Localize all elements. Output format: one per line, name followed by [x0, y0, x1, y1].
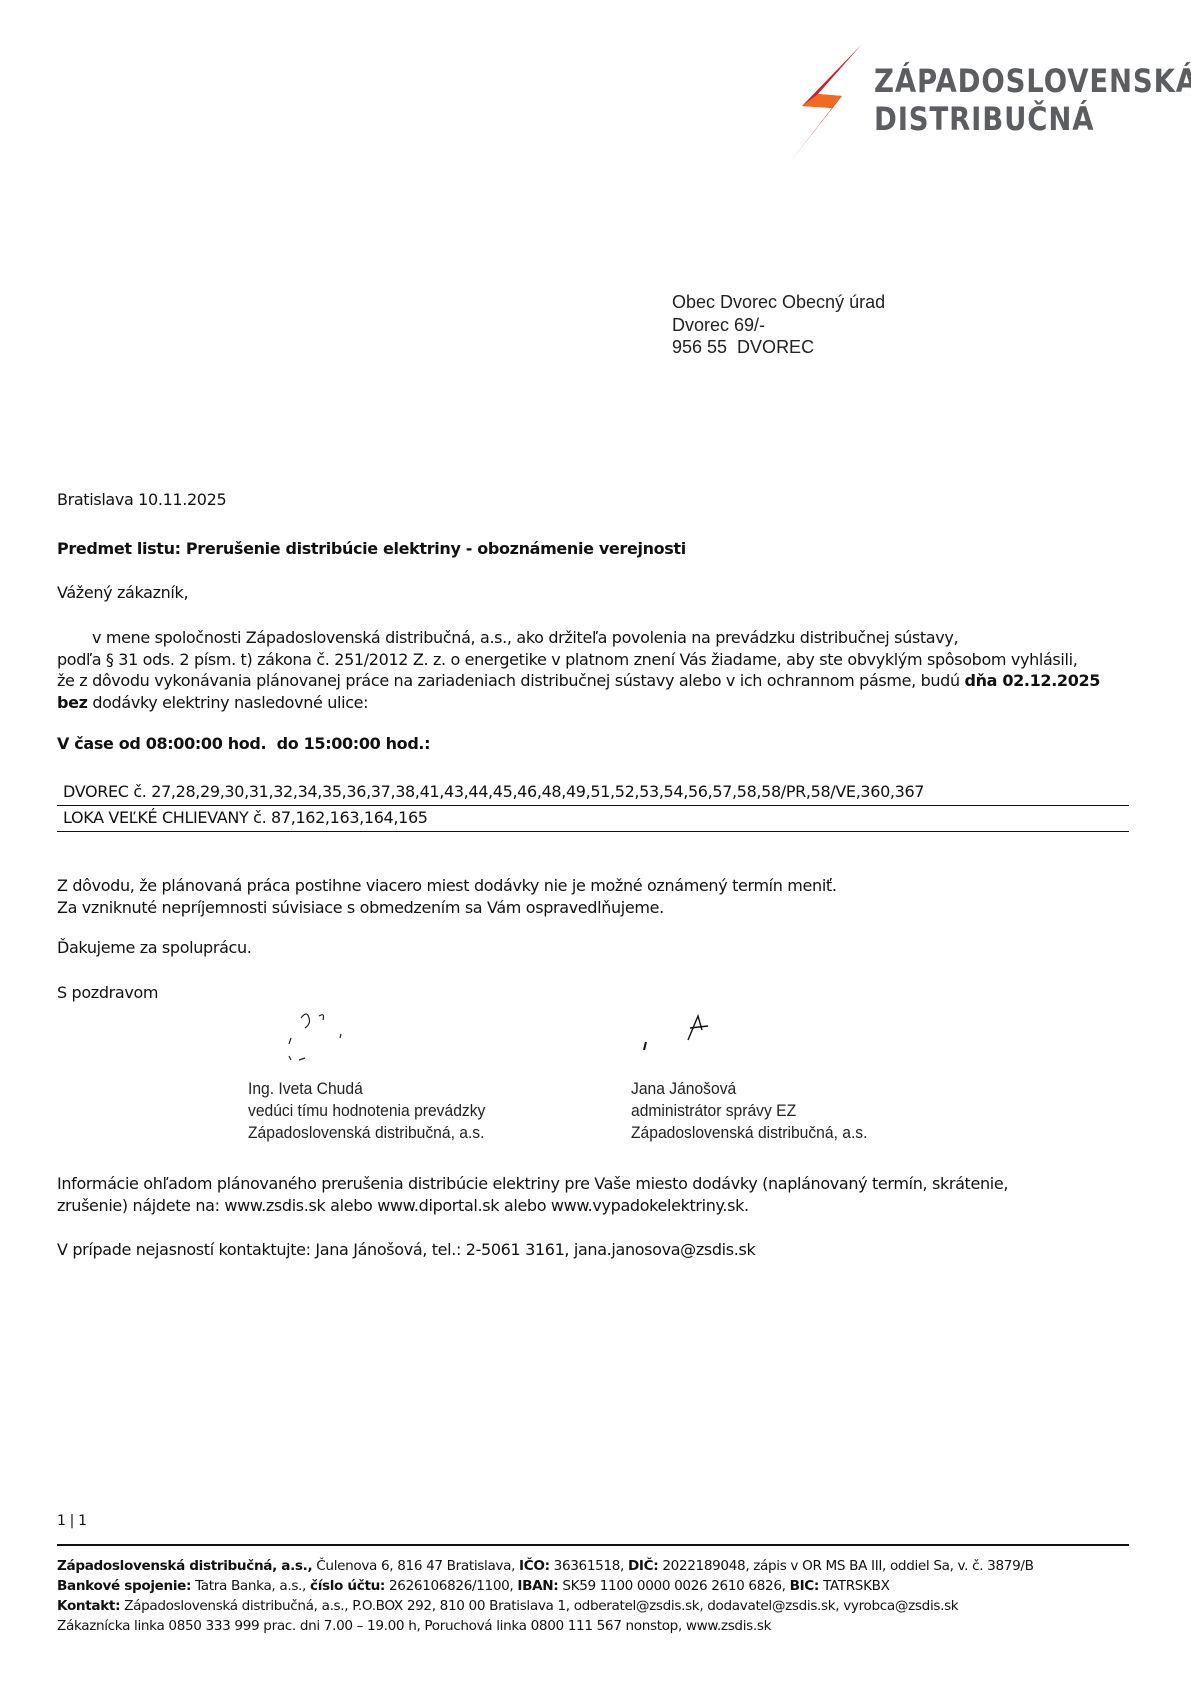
- logo-wordmark: ZÁPADOSLOVENSKÁ DISTRIBUČNÁ: [874, 62, 1191, 138]
- lightning-bolt-icon: [790, 44, 870, 162]
- footer-label: Bankové spojenie:: [57, 1578, 191, 1594]
- footer-line-1: Západoslovenská distribučná, a.s., Čulen…: [57, 1556, 1034, 1576]
- signatory-role: administrátor správy EZ: [631, 1100, 867, 1122]
- subject-line: Predmet listu: Prerušenie distribúcie el…: [57, 539, 686, 558]
- link-diportal[interactable]: www.diportal.sk: [377, 1196, 499, 1215]
- signatory-company: Západoslovenská distribučná, a.s.: [248, 1122, 485, 1144]
- contact-email-link[interactable]: jana.janosova@zsdis.sk: [574, 1240, 756, 1259]
- thanks-line: Ďakujeme za spoluprácu.: [57, 938, 252, 957]
- footer-line-4: Zákaznícka linka 0850 333 999 prac. dni …: [57, 1616, 1034, 1636]
- regards-line: S pozdravom: [57, 983, 158, 1002]
- affected-streets-table: DVOREC č. 27,28,29,30,31,32,34,35,36,37,…: [57, 780, 1129, 832]
- date-line: Bratislava 10.11.2025: [57, 490, 226, 509]
- body-line-2: podľa § 31 ods. 2 písm. t) zákona č. 251…: [57, 649, 1137, 671]
- info-line-2: zrušenie) nájdete na: www.zsdis.sk alebo…: [57, 1195, 1137, 1217]
- closing-line-2: Za vzniknuté nepríjemnosti súvisiace s o…: [57, 897, 837, 919]
- greeting: Vážený zákazník,: [57, 583, 188, 602]
- info-line-1: Informácie ohľadom plánovaného prerušeni…: [57, 1173, 1137, 1195]
- logo-line-1: ZÁPADOSLOVENSKÁ: [874, 62, 1191, 100]
- street-row: LOKA VEĽKÉ CHLIEVANY č. 87,162,163,164,1…: [57, 806, 1129, 832]
- closing-paragraph: Z dôvodu, že plánovaná práca postihne vi…: [57, 875, 837, 919]
- body-line-4-text: dodávky elektriny nasledovné ulice:: [88, 693, 369, 712]
- footer-text: SK59 1100 0000 0026 2610 6826,: [558, 1578, 789, 1594]
- closing-line-1: Z dôvodu, že plánovaná práca postihne vi…: [57, 875, 837, 897]
- contact-line: V prípade nejasností kontaktujte: Jana J…: [57, 1240, 755, 1259]
- body-line-3-text: že z dôvodu vykonávania plánovanej práce…: [57, 671, 965, 690]
- signatory-name: Ing. Iveta Chudá: [248, 1078, 485, 1100]
- recipient-address: Obec Dvorec Obecný úrad Dvorec 69/- 956 …: [672, 291, 885, 359]
- link-zsdis[interactable]: www.zsdis.sk: [224, 1196, 325, 1215]
- body-line-4-bold: bez: [57, 693, 88, 712]
- footer-label: BIC:: [790, 1578, 819, 1594]
- separator-text: alebo: [325, 1196, 377, 1215]
- footer-label: číslo účtu:: [310, 1578, 385, 1594]
- outage-date: dňa 02.12.2025: [965, 671, 1101, 690]
- signatory-role: vedúci tímu hodnotenia prevádzky: [248, 1100, 485, 1122]
- contact-text: V prípade nejasností kontaktujte: Jana J…: [57, 1240, 574, 1259]
- info-paragraph: Informácie ohľadom plánovaného prerušeni…: [57, 1173, 1137, 1217]
- footer-label: IBAN:: [517, 1578, 558, 1594]
- footer-label: Kontakt:: [57, 1598, 120, 1614]
- signatory-name: Jana Jánošová: [631, 1078, 867, 1100]
- footer: Západoslovenská distribučná, a.s., Čulen…: [57, 1556, 1034, 1636]
- link-vypadokelektriny[interactable]: www.vypadokelektriny.sk: [551, 1196, 744, 1215]
- page-number: 1 | 1: [57, 1513, 87, 1529]
- footer-text: 2022189048, zápis v OR MS BA III, oddiel…: [658, 1558, 1033, 1574]
- recipient-line-1: Obec Dvorec Obecný úrad: [672, 291, 885, 314]
- body-line-4: bez dodávky elektriny nasledovné ulice:: [57, 692, 1137, 714]
- footer-line-3: Kontakt: Západoslovenská distribučná, a.…: [57, 1596, 1034, 1616]
- recipient-line-2: Dvorec 69/-: [672, 314, 885, 337]
- footer-text: Tatra Banka, a.s.,: [191, 1578, 310, 1594]
- info-line-2-text: zrušenie) nájdete na:: [57, 1196, 224, 1215]
- separator-text: alebo: [499, 1196, 551, 1215]
- footer-text: TATRSKBX: [819, 1578, 890, 1594]
- footer-company: Západoslovenská distribučná, a.s.,: [57, 1558, 312, 1574]
- footer-text: 2626106826/1100,: [385, 1578, 517, 1594]
- signatory-company: Západoslovenská distribučná, a.s.: [631, 1122, 867, 1144]
- footer-text: Západoslovenská distribučná, a.s., P.O.B…: [120, 1598, 958, 1614]
- signatory-block-2: Jana Jánošová administrátor správy EZ Zá…: [631, 1078, 867, 1144]
- footer-label: DIČ:: [628, 1558, 658, 1574]
- recipient-line-3: 956 55 DVOREC: [672, 336, 885, 359]
- street-row: DVOREC č. 27,28,29,30,31,32,34,35,36,37,…: [57, 780, 1129, 806]
- outage-time-range: V čase od 08:00:00 hod. do 15:00:00 hod.…: [57, 734, 430, 753]
- footer-label: IČO:: [519, 1558, 550, 1574]
- company-logo: ZÁPADOSLOVENSKÁ DISTRIBUČNÁ: [790, 44, 1150, 164]
- signatory-block-1: Ing. Iveta Chudá vedúci tímu hodnotenia …: [248, 1078, 485, 1144]
- body-paragraph: v mene spoločnosti Západoslovenská distr…: [57, 627, 1137, 713]
- footer-divider: [57, 1544, 1129, 1546]
- logo-line-2: DISTRIBUČNÁ: [874, 100, 1191, 138]
- footer-text: Čulenova 6, 816 47 Bratislava,: [312, 1558, 519, 1574]
- signature-scribble-2: [640, 1010, 720, 1060]
- footer-line-2: Bankové spojenie: Tatra Banka, a.s., čís…: [57, 1576, 1034, 1596]
- period: .: [744, 1196, 749, 1215]
- body-line-1: v mene spoločnosti Západoslovenská distr…: [57, 627, 1137, 649]
- signature-scribble-1: [285, 1010, 365, 1070]
- footer-text: 36361518,: [550, 1558, 628, 1574]
- body-line-3: že z dôvodu vykonávania plánovanej práce…: [57, 670, 1137, 692]
